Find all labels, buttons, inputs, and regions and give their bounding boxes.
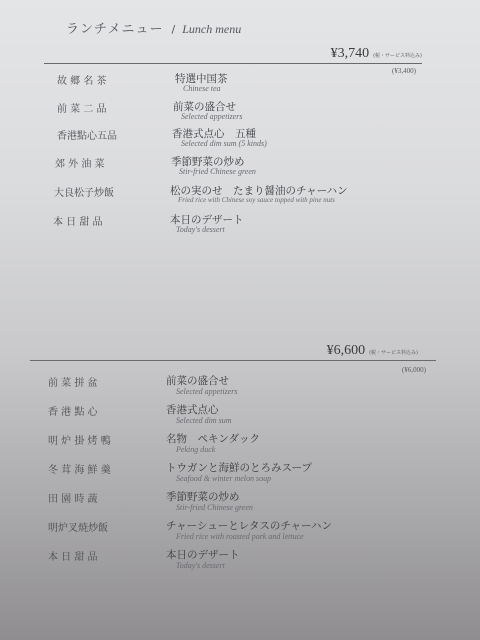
item-chinese-name: 明 炉 掛 烤 鴨: [48, 432, 111, 447]
item-japanese-name: 本日のデザート: [166, 547, 240, 562]
menu-item: 田 園 時 蔬 季節野菜の炒め Stir-fried Chinese green: [0, 490, 480, 518]
item-english-desc: Stir-fried Chinese green: [179, 167, 256, 176]
item-english-desc: Fried rice with roasted pork and lettuce: [176, 532, 304, 541]
course-2-divider: [30, 360, 436, 361]
menu-item: 冬 茸 海 鮮 羹 トウガンと海鮮のとろみスープ Seafood & winte…: [0, 461, 480, 489]
item-japanese-name: トウガンと海鮮のとろみスープ: [166, 460, 312, 475]
menu-item: 香港點心五品 香港式点心 五種 Selected dim sum (5 kind…: [0, 127, 480, 155]
item-english-desc: Selected dim sum: [176, 416, 232, 425]
item-english-desc: Peking duck: [176, 445, 215, 454]
item-japanese-name: 前菜の盛合せ: [166, 373, 229, 388]
title-japanese: ランチメニュー: [66, 22, 163, 37]
course-2-price: ¥6,600: [327, 343, 366, 359]
item-japanese-name: 名物 ペキンダック: [166, 431, 260, 446]
item-english-desc: Seafood & winter melon soup: [176, 474, 271, 483]
item-chinese-name: 香港點心五品: [57, 127, 117, 142]
item-chinese-name: 明炉叉焼炒飯: [48, 519, 108, 534]
menu-item: 香 港 點 心 香港式点心 Selected dim sum: [0, 403, 480, 431]
item-japanese-name: 香港式点心: [166, 402, 219, 417]
item-chinese-name: 前 菜 拼 盆: [48, 374, 98, 389]
item-english-desc: Chinese tea: [183, 84, 221, 93]
item-english-desc: Stir-fried Chinese green: [176, 503, 253, 512]
menu-item: 大良松子炒飯 松の実のせ たまり醤油のチャーハン Fried rice with…: [0, 184, 480, 212]
item-chinese-name: 田 園 時 蔬: [48, 490, 98, 505]
course-2-price-excl: (¥6,000): [402, 366, 426, 374]
menu-item: 故 郷 名 茶 特選中国茶 Chinese tea: [0, 72, 480, 100]
item-chinese-name: 大良松子炒飯: [54, 184, 114, 199]
item-english-desc: Today's dessert: [176, 561, 225, 570]
menu-item: 前 菜 拼 盆 前菜の盛合せ Selected appetizers: [0, 374, 480, 402]
course-2-tax-note: (税・サービス料込み): [369, 349, 418, 356]
menu-item: 郊 外 油 菜 季節野菜の炒め Stir-fried Chinese green: [0, 155, 480, 183]
menu-item: 本 日 甜 品 本日のデザート Today's dessert: [0, 548, 480, 576]
menu-title: ランチメニュー/Lunch menu: [66, 18, 241, 37]
item-english-desc: Today's dessert: [176, 225, 225, 234]
item-japanese-name: 季節野菜の炒め: [166, 489, 240, 504]
course-1-tax-note: (税・サービス料込み): [373, 52, 422, 59]
menu-item: 本 日 甜 品 本日のデザート Today's dessert: [0, 213, 480, 241]
menu-item: 明 炉 掛 烤 鴨 名物 ペキンダック Peking duck: [0, 432, 480, 460]
item-chinese-name: 本 日 甜 品: [48, 548, 98, 563]
item-chinese-name: 郊 外 油 菜: [55, 155, 105, 170]
menu-item: 前 菜 二 品 前菜の盛合せ Selected appetizers: [0, 100, 480, 128]
item-chinese-name: 冬 茸 海 鮮 羹: [48, 461, 111, 476]
item-chinese-name: 故 郷 名 茶: [57, 72, 107, 87]
item-english-desc: Selected dim sum (5 kinds): [181, 139, 267, 148]
course-1-divider: [44, 63, 422, 64]
item-chinese-name: 本 日 甜 品: [53, 213, 103, 228]
course-1-price: ¥3,740: [331, 46, 370, 62]
item-chinese-name: 前 菜 二 品: [57, 100, 107, 115]
item-chinese-name: 香 港 點 心: [48, 403, 98, 418]
item-english-desc: Selected appetizers: [181, 112, 243, 121]
item-english-desc: Selected appetizers: [176, 387, 238, 396]
title-separator: /: [171, 23, 176, 36]
item-english-desc: Fried rice with Chinese soy sauce topped…: [178, 196, 335, 204]
course-1-price-row: ¥3,740 (税・サービス料込み): [331, 46, 422, 62]
menu-page: ランチメニュー/Lunch menu ¥3,740 (税・サービス料込み) (¥…: [0, 0, 480, 640]
menu-item: 明炉叉焼炒飯 チャーシューとレタスのチャーハン Fried rice with …: [0, 519, 480, 547]
title-english: Lunch menu: [182, 22, 241, 36]
course-2-price-row: ¥6,600 (税・サービス料込み): [327, 343, 418, 359]
item-japanese-name: チャーシューとレタスのチャーハン: [166, 518, 332, 533]
